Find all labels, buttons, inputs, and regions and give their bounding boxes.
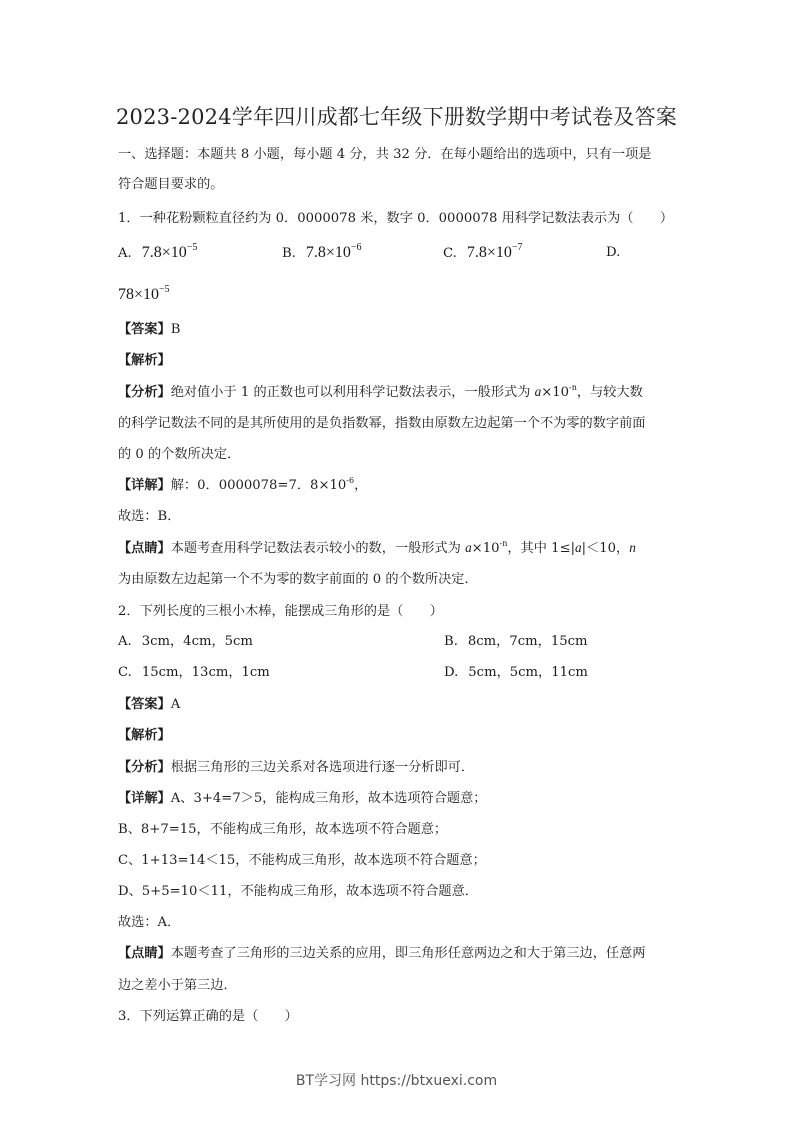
answer-tag: 【答案】: [118, 697, 171, 712]
option-value: 8cm，7cm，15cm: [468, 634, 588, 649]
analysis-tag: 【解析】: [118, 353, 171, 368]
dianjing-tag: 【点睛】: [118, 541, 171, 556]
option-label: A.: [118, 632, 132, 652]
fenxi-text: ，与较大数: [577, 385, 643, 400]
option-label: B.: [282, 244, 296, 264]
answer-value: B: [171, 322, 181, 337]
question-1-fenxi-line-1: 【分析】绝对值小于 1 的正数也可以利用科学记数法表示，一般形式为 a×10-n…: [118, 383, 686, 402]
question-2-xiangjie-line-1: 【详解】A、3+4=7＞5，能构成三角形，故本选项符合题意；: [118, 790, 686, 808]
section-header-line-1: 一、选择题：本题共 8 小题，每小题 4 分，共 32 分．在每小题给出的选项中…: [118, 146, 686, 164]
xiangjie-text: A、3+4=7＞5，能构成三角形，故本选项符合题意；: [171, 791, 487, 806]
section-header-line-2: 符合题目要求的。: [118, 176, 686, 194]
question-2-option-b: B.8cm，7cm，15cm: [444, 632, 588, 652]
option-exponent: −5: [159, 284, 170, 295]
option-label: B.: [444, 632, 458, 652]
option-label: C.: [443, 244, 457, 264]
xiangjie-text: ，: [354, 478, 367, 493]
question-2-xiangjie-line-3: C、1+13=14＜15，不能构成三角形，故本选项不符合题意；: [118, 852, 686, 870]
exponent: -6: [346, 476, 354, 485]
question-2-dianjing-line-2: 边之差小于第三边．: [118, 977, 686, 995]
xiangjie-text: 解：0．0000078=7．8×10: [171, 478, 347, 493]
answer-value: A: [171, 697, 181, 712]
dianjing-text: ，其中 1≤|: [507, 541, 575, 556]
question-1-option-a: A.7.8×10−5: [118, 243, 197, 264]
footer-watermark: BT学习网 https://btxuexi.com: [0, 1070, 793, 1090]
fenxi-tag: 【分析】: [118, 385, 171, 400]
fenxi-text: 根据三角形的三边关系对各选项进行逐一分析即可．: [171, 760, 474, 775]
option-value: 78×10: [118, 286, 159, 303]
option-value: 5cm，5cm，11cm: [468, 665, 588, 680]
option-label: D.: [444, 663, 458, 683]
question-2-stem: 2．下列长度的三根小木棒，能摆成三角形的是（ ）: [118, 603, 686, 621]
variable-a: a: [575, 540, 582, 555]
option-value: 7.8×10: [142, 244, 187, 261]
question-1-choice: 故选：B．: [118, 508, 686, 526]
dianjing-tag: 【点睛】: [118, 946, 171, 961]
answer-tag: 【答案】: [118, 322, 171, 337]
dianjing-text: 本题考查了三角形的三边关系的应用，即三角形任意两边之和大于第三边，任意两: [171, 946, 646, 961]
question-1-option-b: B.7.8×10−6: [282, 243, 362, 264]
option-label: C.: [118, 663, 132, 683]
question-2-fenxi: 【分析】根据三角形的三边关系对各选项进行逐一分析即可．: [118, 759, 686, 777]
option-label: A.: [118, 244, 132, 264]
question-2-analysis-heading: 【解析】: [118, 727, 686, 745]
fenxi-text: 绝对值小于 1 的正数也可以利用科学记数法表示，一般形式为: [171, 385, 535, 400]
question-3-stem: 3．下列运算正确的是（ ）: [118, 1008, 686, 1026]
option-value: 15cm，13cm，1cm: [142, 665, 270, 680]
question-2-xiangjie-line-2: B、8+7=15，不能构成三角形，故本选项不符合题意；: [118, 821, 686, 839]
question-2-xiangjie-line-4: D、5+5=10＜11，不能构成三角形，故本选项不符合题意．: [118, 883, 686, 901]
option-label: D.: [606, 243, 620, 263]
question-2-option-a: A.3cm，4cm，5cm: [118, 632, 253, 652]
xiangjie-tag: 【详解】: [118, 478, 171, 493]
variable-n: n: [629, 540, 636, 555]
question-1-fenxi-line-2: 的科学记数法不同的是其所使用的是负指数幂，指数由原数左边起第一个不为零的数字前面: [118, 415, 686, 433]
document-title: 2023-2024学年四川成都七年级下册数学期中考试卷及答案: [0, 103, 793, 131]
xiangjie-tag: 【详解】: [118, 791, 171, 806]
exponent: -n: [569, 383, 577, 392]
question-1-answer: 【答案】B: [118, 321, 686, 339]
question-2-option-c: C.15cm，13cm，1cm: [118, 663, 270, 683]
variable-a: a: [465, 540, 472, 555]
dianjing-text: ×10: [472, 541, 500, 556]
exam-page: 2023-2024学年四川成都七年级下册数学期中考试卷及答案 一、选择题：本题共…: [0, 0, 793, 1122]
analysis-tag: 【解析】: [118, 728, 171, 743]
option-value: 7.8×10: [467, 244, 512, 261]
question-1-option-d-value: 78×10−5: [118, 285, 170, 306]
dianjing-text: 本题考查用科学记数法表示较小的数，一般形式为: [171, 541, 465, 556]
question-2-dianjing-line-1: 【点睛】本题考查了三角形的三边关系的应用，即三角形任意两边之和大于第三边，任意两: [118, 945, 686, 963]
question-1-analysis-heading: 【解析】: [118, 352, 686, 370]
question-2-choice: 故选：A．: [118, 914, 686, 932]
question-2-option-d: D.5cm，5cm，11cm: [444, 663, 588, 683]
question-1-option-c: C.7.8×10−7: [443, 243, 522, 264]
question-2-answer: 【答案】A: [118, 696, 686, 714]
question-1-option-d-label: D.: [606, 243, 630, 263]
question-1-xiangjie: 【详解】解：0．0000078=7．8×10-6，: [118, 477, 686, 495]
option-exponent: −7: [512, 242, 523, 253]
fenxi-tag: 【分析】: [118, 760, 171, 775]
option-exponent: −5: [187, 242, 198, 253]
question-1-dianjing-line-1: 【点睛】本题考查用科学记数法表示较小的数，一般形式为 a×10-n，其中 1≤|…: [118, 539, 686, 558]
question-1-dianjing-line-2: 为由原数左边起第一个不为零的数字前面的 0 的个数所决定．: [118, 571, 686, 589]
question-1-stem: 1．一种花粉颗粒直径约为 0．0000078 米，数字 0．0000078 用科…: [118, 210, 686, 228]
fenxi-text: ×10: [541, 385, 569, 400]
question-1-fenxi-line-3: 的 0 的个数所决定．: [118, 446, 686, 464]
option-value: 3cm，4cm，5cm: [142, 634, 253, 649]
option-exponent: −6: [351, 242, 362, 253]
option-value: 7.8×10: [306, 244, 351, 261]
dianjing-text: |＜10，: [582, 541, 630, 556]
